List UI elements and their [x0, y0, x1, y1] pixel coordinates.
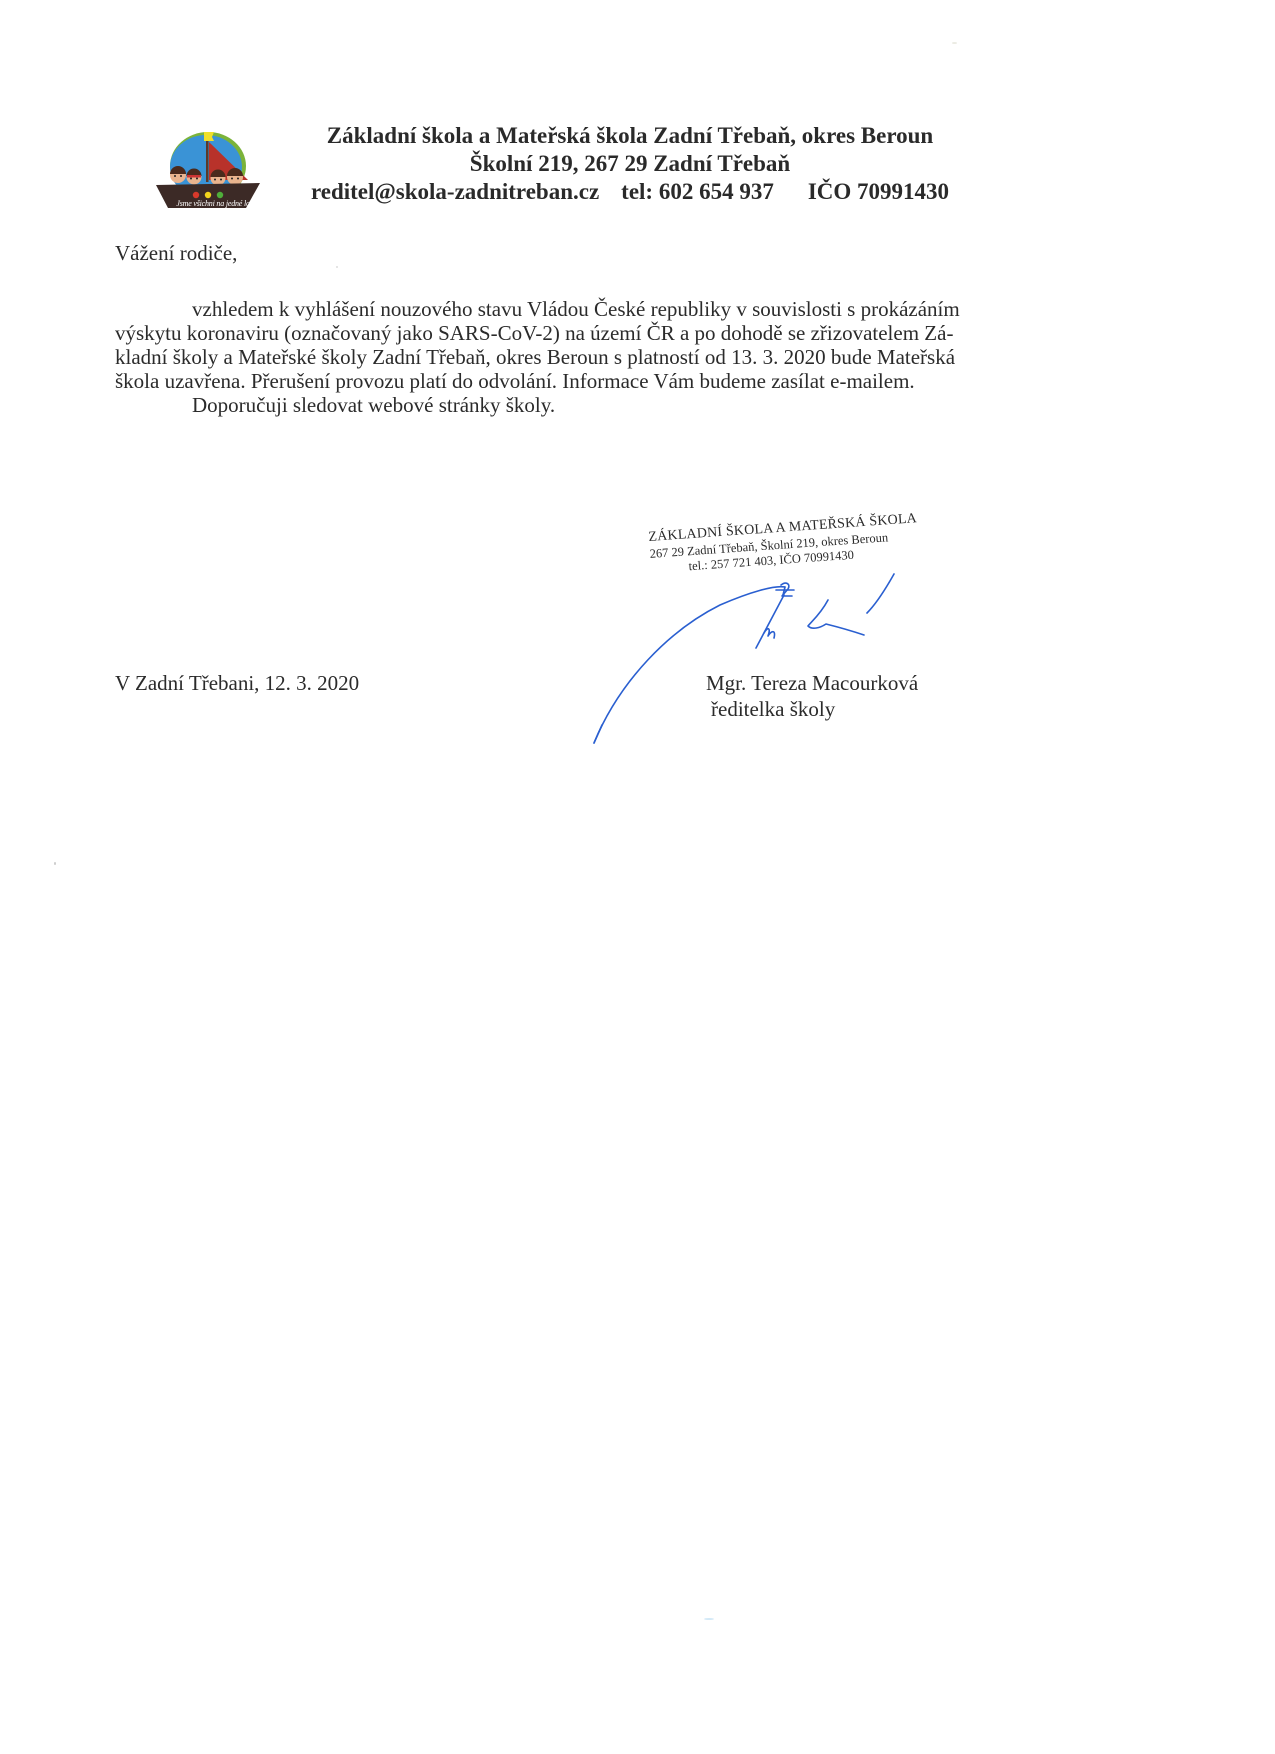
signatory-title: ředitelka školy [706, 696, 918, 722]
place-date: V Zadní Třebani, 12. 3. 2020 [115, 670, 359, 696]
school-stamp: ZÁKLADNÍ ŠKOLA A MATEŘSKÁ ŠKOLA 267 29 Z… [648, 509, 951, 577]
school-email: reditel@skola-zadnitreban.cz [311, 178, 599, 206]
signature [580, 560, 980, 760]
scan-speck [54, 862, 56, 865]
school-address: Školní 219, 267 29 Zadní Třebaň [270, 150, 990, 178]
letterhead-text: Základní škola a Mateřská škola Zadní Tř… [270, 122, 990, 206]
school-name: Základní škola a Mateřská škola Zadní Tř… [270, 122, 990, 150]
scan-speck [336, 266, 338, 268]
school-phone: tel: 602 654 937 [621, 178, 774, 206]
signatory: Mgr. Tereza Macourková ředitelka školy [706, 670, 918, 722]
body-line: škola uzavřena. Přerušení provozu platí … [115, 369, 1075, 393]
body-line: vzhledem k vyhlášení nouzového stavu Vlá… [115, 297, 1075, 321]
body-line: Doporučuji sledovat webové stránky školy… [115, 393, 1075, 417]
contact-line: reditel@skola-zadnitreban.cz tel: 602 65… [270, 178, 990, 206]
body-line: kladní školy a Mateřské školy Zadní Třeb… [115, 345, 1075, 369]
letter-body: vzhledem k vyhlášení nouzového stavu Vlá… [115, 297, 1075, 417]
letterhead: Jsme všichni na jedné lodi Základní škol… [150, 122, 970, 212]
school-logo: Jsme všichni na jedné lodi [156, 130, 264, 210]
scan-speck [952, 42, 957, 44]
handwritten-signature-icon [580, 560, 980, 760]
sailboat-logo-icon [156, 130, 264, 210]
scan-speck [704, 1618, 714, 1620]
body-line: výskytu koronaviru (označovaný jako SARS… [115, 321, 1075, 345]
letter-page: Jsme všichni na jedné lodi Základní škol… [0, 0, 1275, 1754]
salutation: Vážení rodiče, [115, 240, 237, 266]
signatory-name: Mgr. Tereza Macourková [706, 671, 918, 695]
logo-caption: Jsme všichni na jedné lodi [160, 199, 272, 208]
school-ico: IČO 70991430 [808, 178, 949, 206]
